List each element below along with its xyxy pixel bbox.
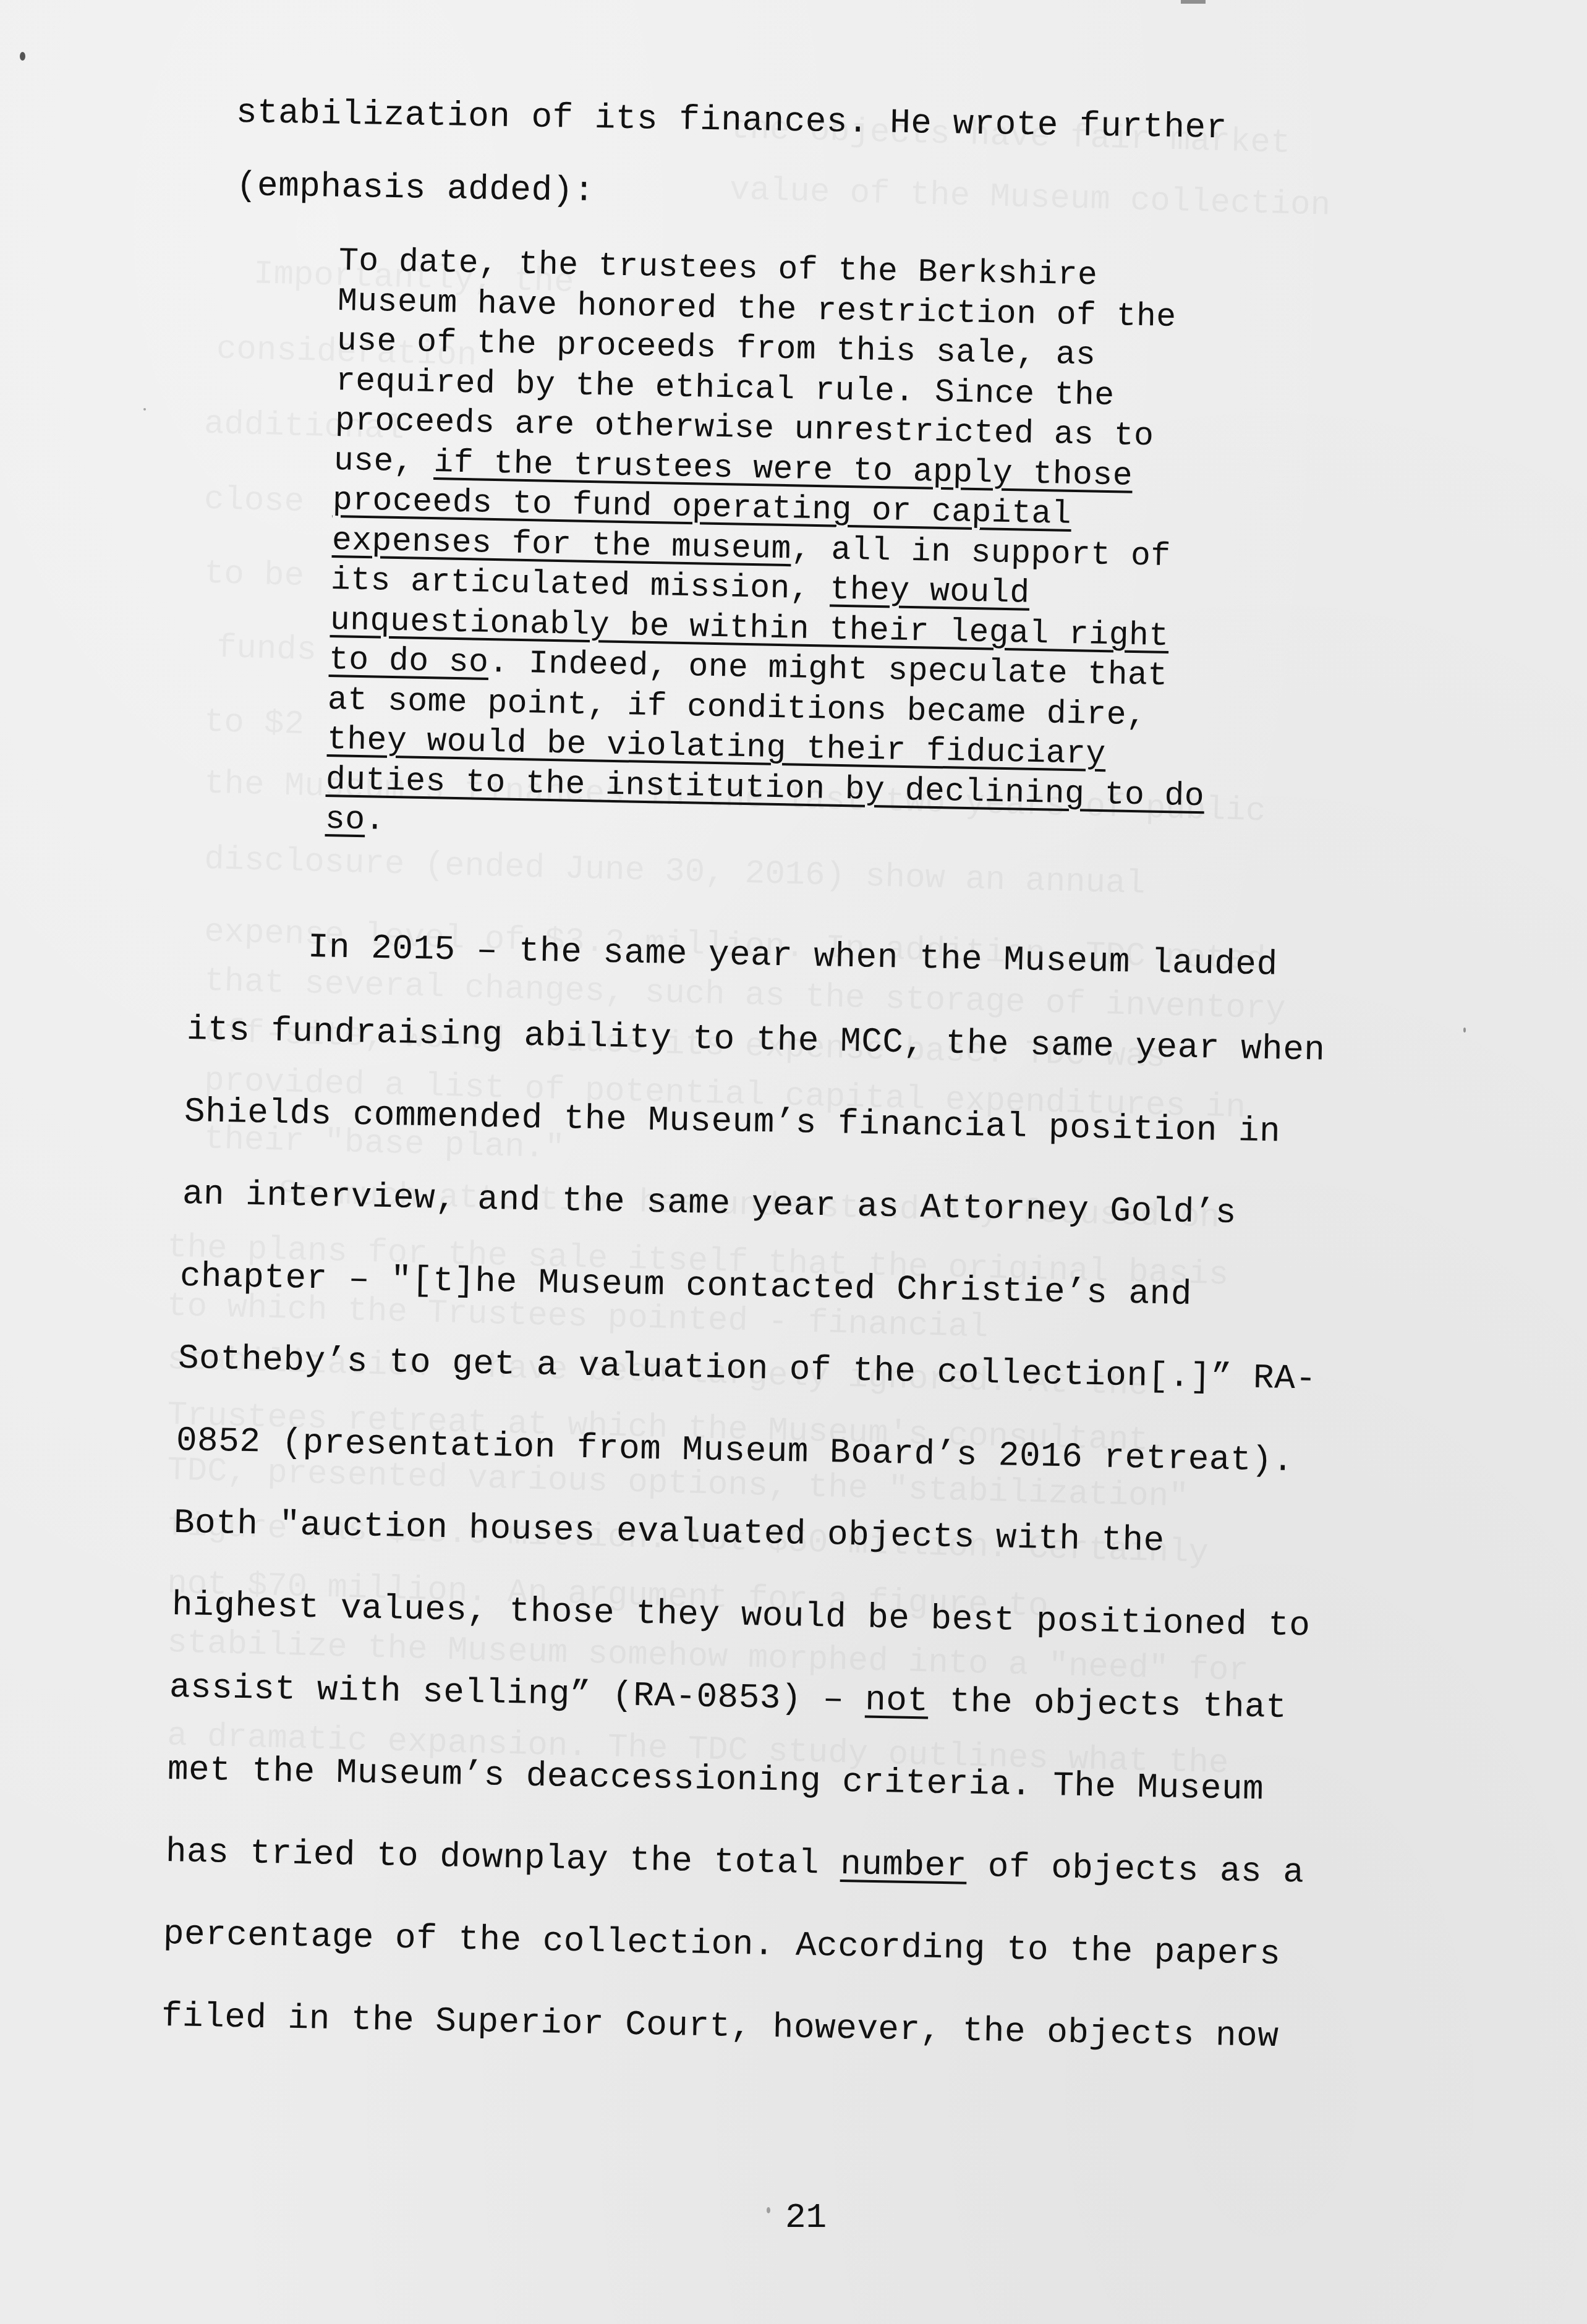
text-segment: percentage of the collection. According … — [163, 1914, 1281, 1974]
bleed-through-line: value of the Museum collection — [729, 171, 1330, 224]
bleed-through-line: funds — [216, 629, 317, 670]
bleed-through-line: to $2 — [203, 704, 305, 744]
bleed-through-line: close — [203, 481, 305, 521]
body-line: filed in the Superior Court, however, th… — [161, 1996, 1279, 2056]
underlined-text: not — [865, 1680, 929, 1721]
underlined-text: to do so — [328, 641, 489, 681]
text-segment: an interview, and the same year as Attor… — [182, 1174, 1236, 1233]
page-edge-mark — [1181, 0, 1206, 4]
intro-line-1: stabilization of its finances. He wrote … — [236, 93, 1227, 148]
text-segment: filed in the Superior Court, however, th… — [161, 1996, 1279, 2056]
underlined-text: they would — [830, 571, 1030, 612]
bleed-through-line: disclosure (ended June 30, 2016) show an… — [203, 841, 1146, 903]
bleed-through-line: to be — [203, 555, 305, 595]
text-segment: of objects as a — [966, 1847, 1304, 1892]
page-number: 21 — [785, 2198, 827, 2237]
intro-line-2: (emphasis added): — [236, 166, 595, 211]
underlined-text: number — [840, 1844, 967, 1886]
body-line: percentage of the collection. According … — [163, 1914, 1281, 1974]
paper-speck — [1463, 1028, 1466, 1032]
underlined-text: expenses for the museum — [331, 522, 791, 568]
body-line: has tried to downplay the total number o… — [165, 1832, 1304, 1892]
text-segment: , all in support of — [791, 530, 1171, 575]
paper-speck — [143, 408, 146, 411]
text-segment: has tried to downplay the total — [165, 1832, 840, 1884]
underlined-text: so — [325, 801, 365, 838]
text-segment: the objects that — [928, 1682, 1287, 1728]
body-line: an interview, and the same year as Attor… — [182, 1174, 1236, 1233]
paper-speck — [20, 52, 25, 61]
text-segment: . — [365, 801, 385, 839]
text-segment: use, — [333, 442, 434, 481]
quote-line: so. — [325, 801, 385, 839]
document-page: the objects have fair marketvalue of the… — [0, 0, 1587, 2324]
text-segment: its articulated mission, — [331, 561, 831, 608]
paper-speck — [767, 2207, 770, 2213]
